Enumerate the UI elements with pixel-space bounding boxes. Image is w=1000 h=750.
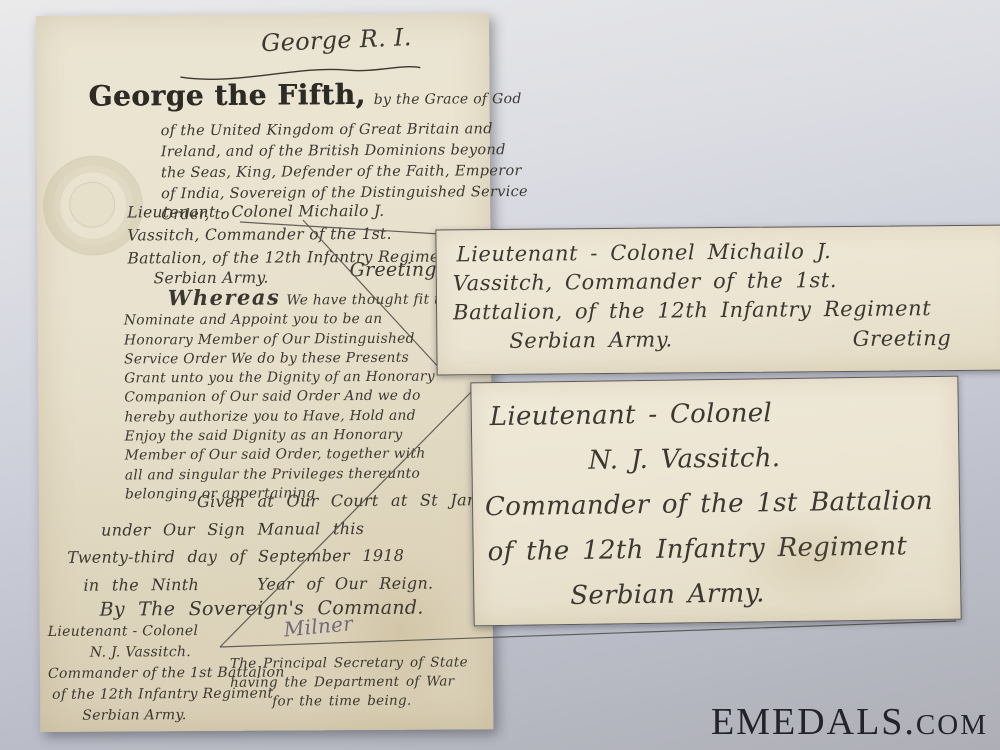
inset-panel-addressee-zoom: Lieutenant - Colonel N. J. Vassitch. Com… [470,376,961,627]
inset-top-line: Lieutenant - Colonel Michailo J. [456,235,1000,269]
callout-lines [0,0,1000,750]
watermark-main-text: EMEDALS. [711,701,916,743]
inset-bottom-line: N. J. Vassitch. [588,434,959,484]
inset-top-greeting: Greeting [853,324,952,354]
inset-bottom-line: Lieutenant - Colonel [490,389,959,441]
emedals-watermark: EMEDALS.COM [711,700,988,744]
inset-panel-recipient-zoom: Lieutenant - Colonel Michailo J. Vassitc… [435,224,1000,375]
photo-canvas: { "colors": { "background_gray": "#c6c9d… [0,0,1000,750]
inset-top-line: Vassitch, Commander of the 1st. [453,264,1000,298]
inset-bottom-line: of the 12th Infantry Regiment [487,524,960,576]
inset-bottom-line: Serbian Army. [570,569,961,619]
inset-bottom-line: Commander of the 1st Battalion [485,479,960,531]
watermark-suffix-text: COM [916,709,988,741]
inset-top-line: Battalion, of the 12th Infantry Regiment [453,293,1000,327]
